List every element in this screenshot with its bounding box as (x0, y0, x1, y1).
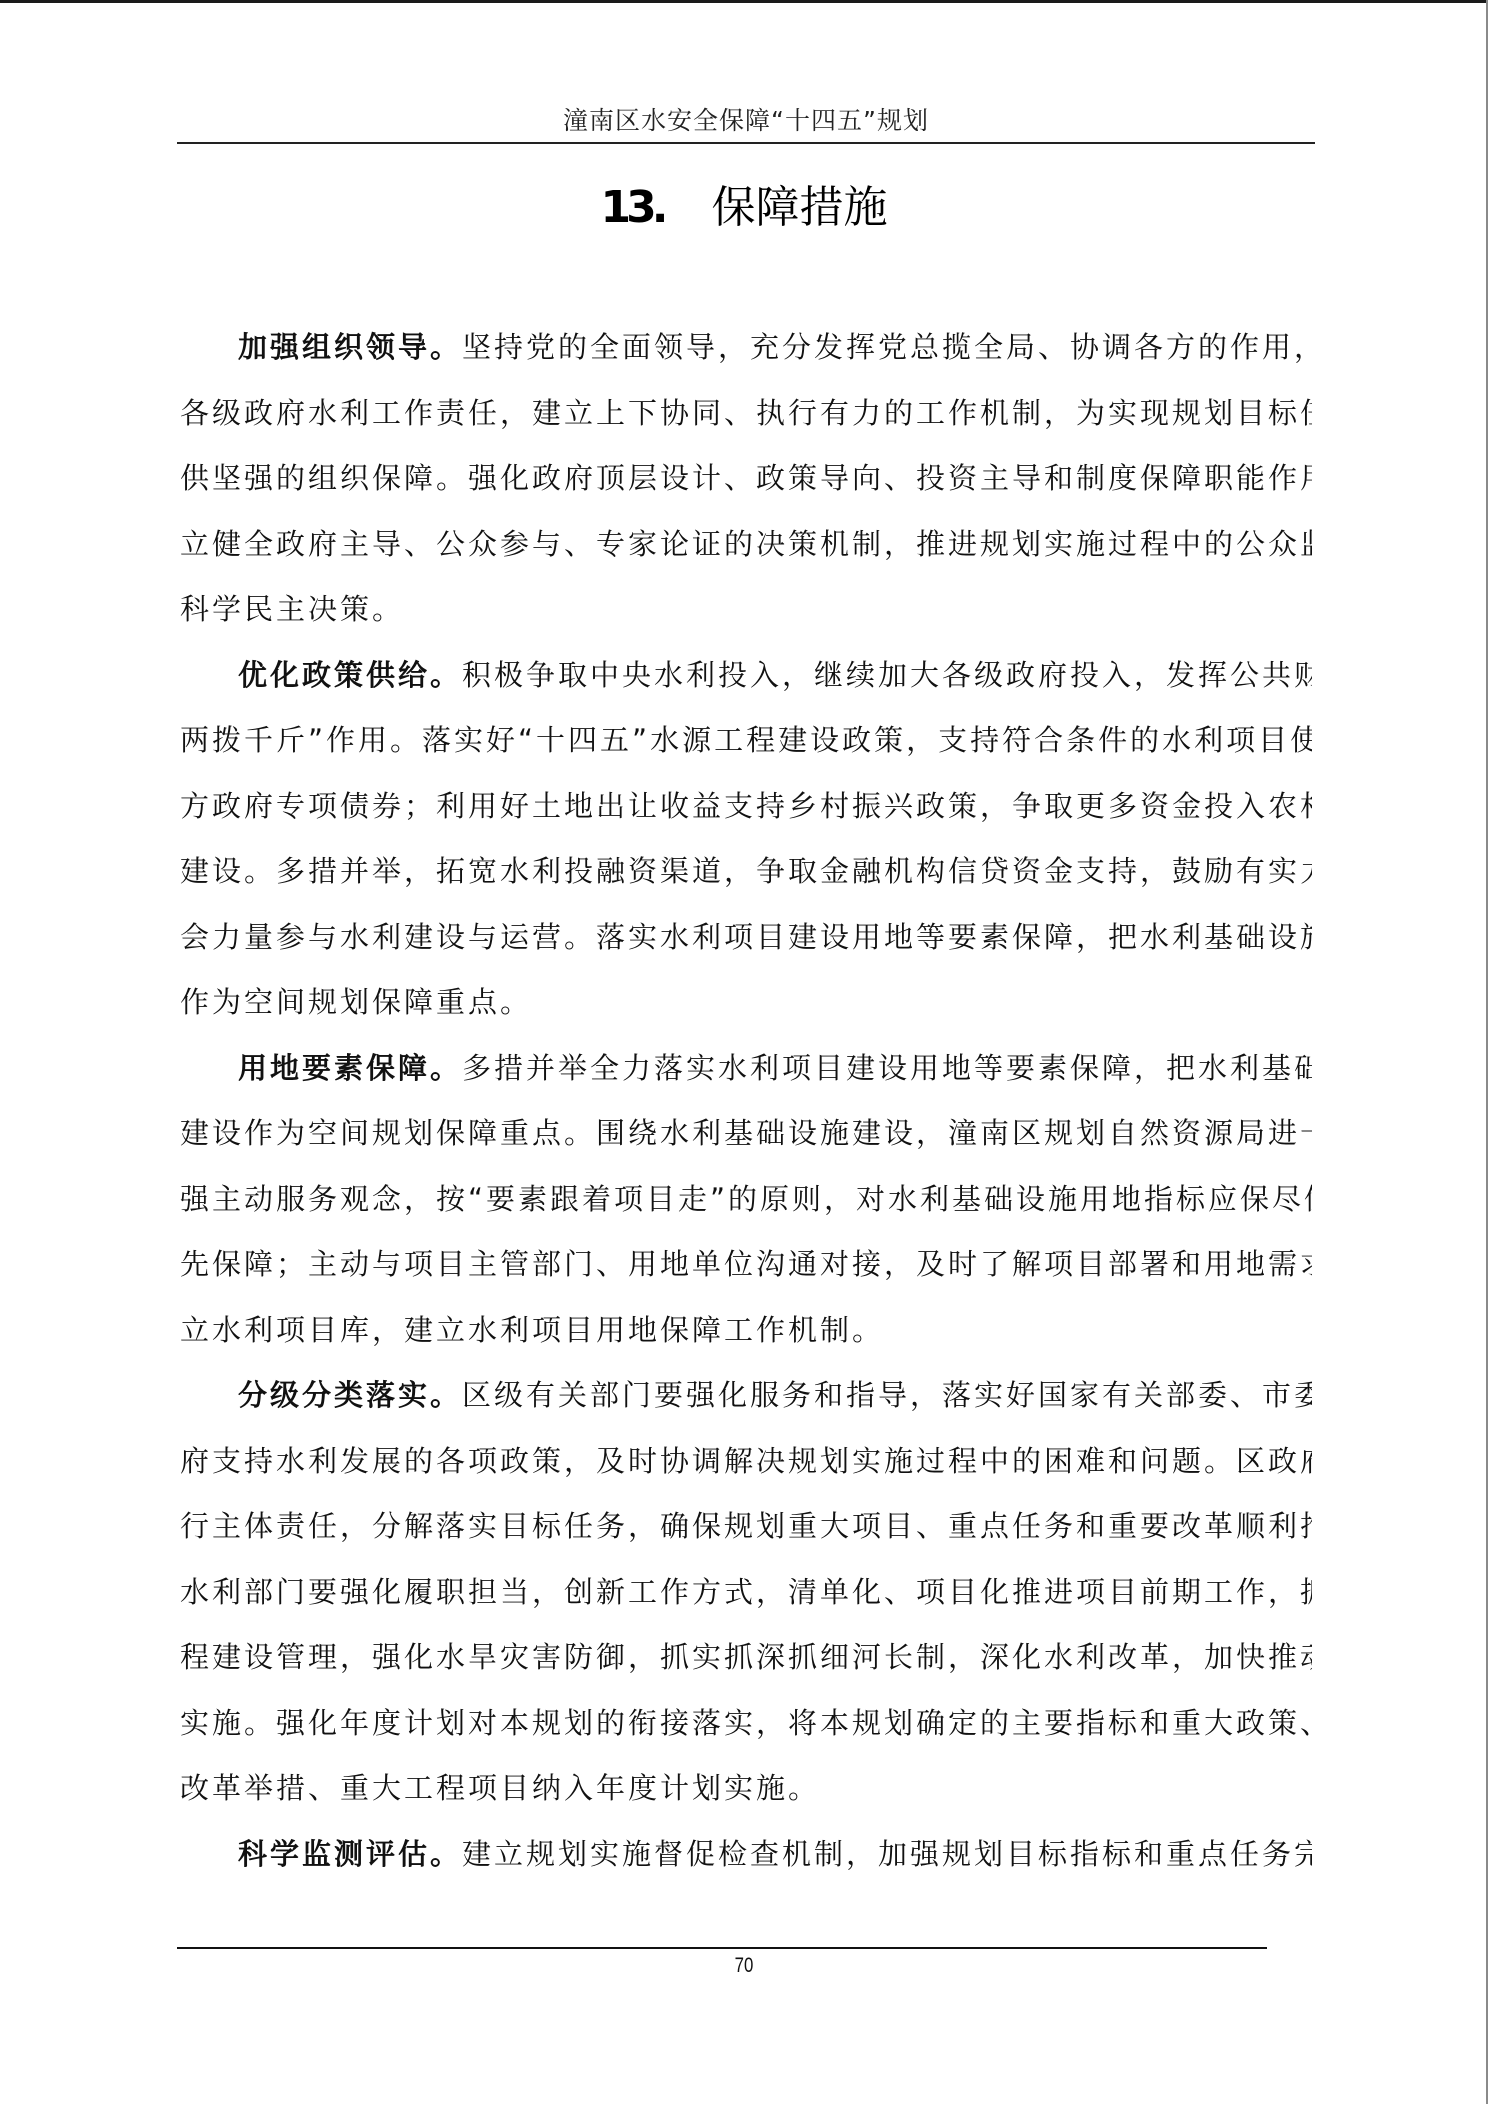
page-number: 70 (290, 1952, 1197, 1980)
paragraph-line: 立水利项目库，建立水利项目用地保障工作机制。 (180, 1298, 1312, 1364)
body-text: 加强组织领导。坚持党的全面领导，充分发挥党总揽全局、协调各方的作用，强化 各级政… (180, 315, 1312, 1887)
paragraph-organization-leadership: 加强组织领导。坚持党的全面领导，充分发挥党总揽全局、协调各方的作用，强化 各级政… (180, 315, 1312, 643)
paragraph-line: 供坚强的组织保障。强化政府顶层设计、政策导向、投资主导和制度保障职能作用，建 (180, 446, 1312, 512)
paragraph-line: 行主体责任，分解落实目标任务，确保规划重大项目、重点任务和重要改革顺利推进。 (180, 1494, 1312, 1560)
paragraph-lead: 分级分类落实。 (238, 1378, 462, 1412)
paragraph-monitoring-evaluation: 科学监测评估。建立规划实施督促检查机制，加强规划目标指标和重点任务完成情 (180, 1822, 1312, 1888)
paragraph-line: 用地要素保障。多措并举全力落实水利项目建设用地等要素保障，把水利基础设施 (180, 1036, 1312, 1102)
paragraph-line: 两拨千斤”作用。落实好“十四五”水源工程建设政策，支持符合条件的水利项目使用地 (180, 708, 1312, 774)
line-text: 区级有关部门要强化服务和指导，落实好国家有关部委、市委市政 (462, 1378, 1312, 1412)
chapter-number: 13. (601, 180, 664, 236)
paragraph-line: 强主动服务观念，按“要素跟着项目走”的原则，对水利基础设施用地指标应保尽保，优 (180, 1167, 1312, 1233)
paragraph-land-use-guarantee: 用地要素保障。多措并举全力落实水利项目建设用地等要素保障，把水利基础设施 建设作… (180, 1036, 1312, 1364)
paragraph-line: 各级政府水利工作责任，建立上下协同、执行有力的工作机制，为实现规划目标任务提 (180, 381, 1312, 447)
line-text: 多措并举全力落实水利项目建设用地等要素保障，把水利基础设施 (462, 1051, 1312, 1085)
paragraph-line: 府支持水利发展的各项政策，及时协调解决规划实施过程中的困难和问题。区政府要履 (180, 1429, 1312, 1495)
paragraph-line: 改革举措、重大工程项目纳入年度计划实施。 (180, 1756, 1312, 1822)
chapter-heading: 13. 保障措施 (0, 180, 1488, 236)
paragraph-line: 立健全政府主导、公众参与、专家论证的决策机制，推进规划实施过程中的公众监督和 (180, 512, 1312, 578)
paragraph-line: 会力量参与水利建设与运营。落实水利项目建设用地等要素保障，把水利基础设施建设 (180, 905, 1312, 971)
paragraph-lead: 用地要素保障。 (238, 1051, 462, 1085)
paragraph-line: 先保障；主动与项目主管部门、用地单位沟通对接，及时了解项目部署和用地需求，建 (180, 1232, 1312, 1298)
footer-rule (177, 1947, 1267, 1949)
paragraph-line: 程建设管理，强化水旱灾害防御，抓实抓深抓细河长制，深化水利改革，加快推动规划 (180, 1625, 1312, 1691)
paragraph-line: 水利部门要强化履职担当，创新工作方式，清单化、项目化推进项目前期工作，抓好工 (180, 1560, 1312, 1626)
paragraph-tiered-implementation: 分级分类落实。区级有关部门要强化服务和指导，落实好国家有关部委、市委市政 府支持… (180, 1363, 1312, 1822)
header-rule (177, 142, 1315, 144)
paragraph-line: 建设作为空间规划保障重点。围绕水利基础设施建设，潼南区规划自然资源局进一步增 (180, 1101, 1312, 1167)
paragraph-line: 科学民主决策。 (180, 577, 1312, 643)
paragraph-lead: 优化政策供给。 (238, 658, 462, 692)
paragraph-line: 实施。强化年度计划对本规划的衔接落实，将本规划确定的主要指标和重大政策、重大 (180, 1691, 1312, 1757)
paragraph-line: 加强组织领导。坚持党的全面领导，充分发挥党总揽全局、协调各方的作用，强化 (180, 315, 1312, 381)
paragraph-lead: 加强组织领导。 (238, 330, 462, 364)
page-top-border (0, 0, 1488, 3)
paragraph-line: 优化政策供给。积极争取中央水利投入，继续加大各级政府投入，发挥公共财政“四 (180, 643, 1312, 709)
line-text: 建立规划实施督促检查机制，加强规划目标指标和重点任务完成情 (462, 1837, 1312, 1871)
line-text: 积极争取中央水利投入，继续加大各级政府投入，发挥公共财政“四 (462, 658, 1312, 692)
paragraph-line: 建设。多措并举，拓宽水利投融资渠道，争取金融机构信贷资金支持，鼓励有实力的社 (180, 839, 1312, 905)
running-header: 潼南区水安全保障“十四五”规划 (177, 104, 1315, 138)
paragraph-line: 分级分类落实。区级有关部门要强化服务和指导，落实好国家有关部委、市委市政 (180, 1363, 1312, 1429)
chapter-title: 保障措施 (711, 180, 887, 236)
paragraph-line: 科学监测评估。建立规划实施督促检查机制，加强规划目标指标和重点任务完成情 (180, 1822, 1312, 1888)
paragraph-policy-supply: 优化政策供给。积极争取中央水利投入，继续加大各级政府投入，发挥公共财政“四 两拨… (180, 643, 1312, 1036)
line-text: 坚持党的全面领导，充分发挥党总揽全局、协调各方的作用，强化 (462, 330, 1312, 364)
paragraph-line: 方政府专项债券；利用好土地出让收益支持乡村振兴政策，争取更多资金投入农村水利 (180, 774, 1312, 840)
paragraph-line: 作为空间规划保障重点。 (180, 970, 1312, 1036)
paragraph-lead: 科学监测评估。 (238, 1837, 462, 1871)
